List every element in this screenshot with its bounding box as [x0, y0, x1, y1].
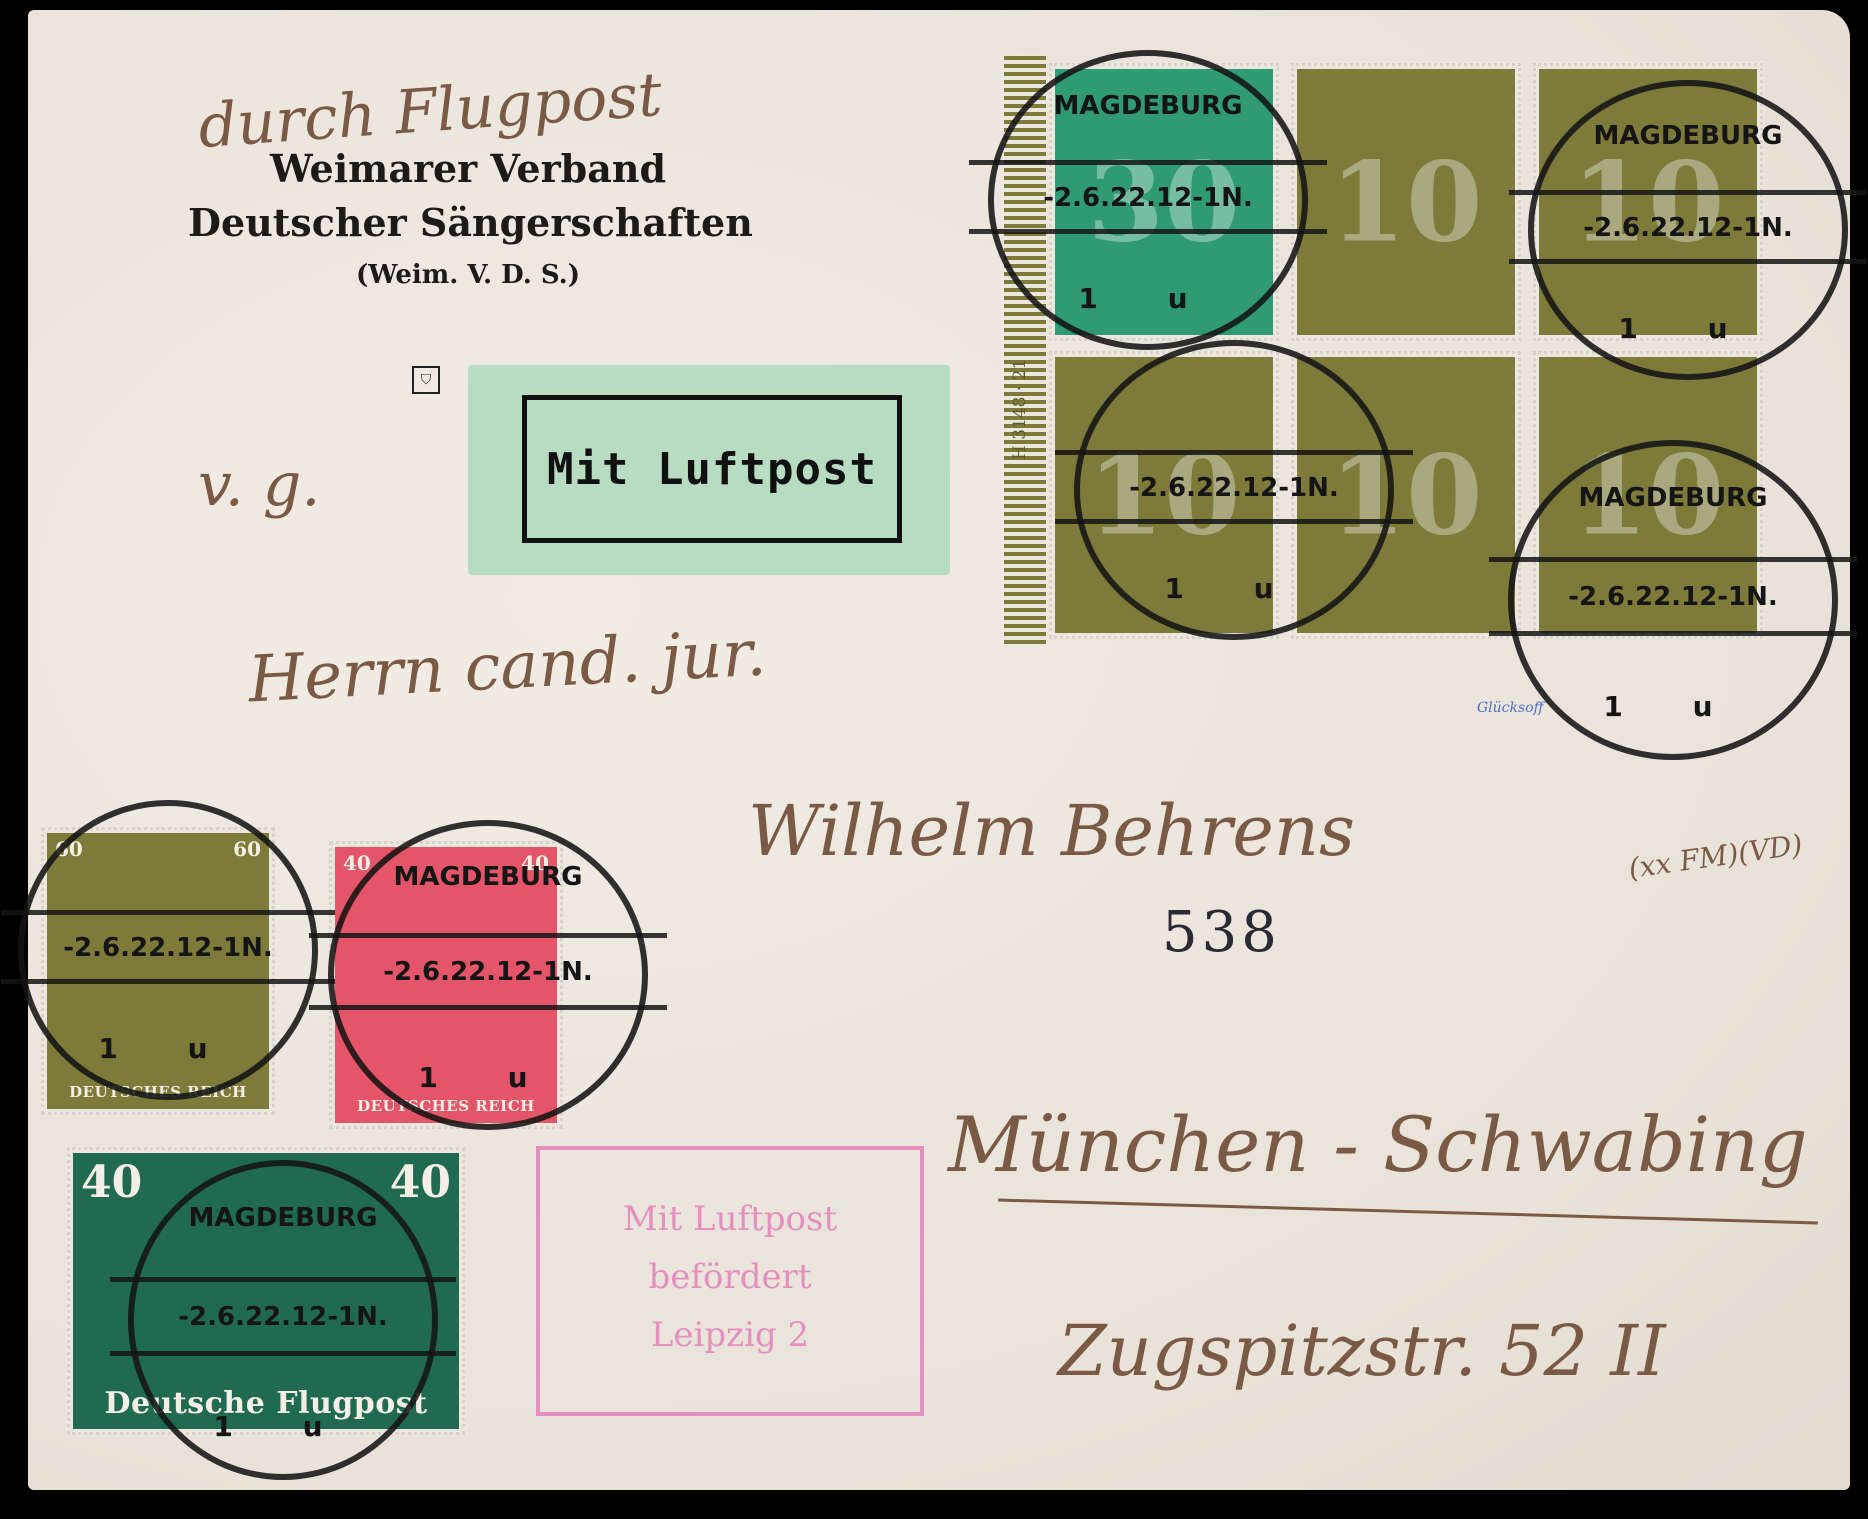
recipient-salutation: Herrn cand. jur. [246, 616, 767, 717]
shield-emblem-icon: ⛉ [412, 366, 440, 394]
cachet-line-2: befördert [540, 1248, 920, 1306]
cachet-line-1: Mit Luftpost [540, 1190, 920, 1248]
postmark-city: MAGDEBURG [994, 91, 1302, 121]
postmark: MAGDEBURG -2.6.22.12-1N. 1 u [1508, 440, 1838, 760]
postmark-city: MAGDEBURG [1534, 121, 1842, 151]
postmark-code: 1 u [24, 1032, 312, 1065]
postmark-date: -2.6.22.12-1N. [334, 957, 642, 987]
postmark-code: 1 u [1080, 572, 1388, 605]
airmail-label-text: Mit Luftpost [522, 395, 902, 543]
postmark-code: 1 u [334, 1061, 642, 1094]
registration-number: 538 [1162, 900, 1281, 965]
recipient-street: Zugspitzstr. 52 II [1058, 1310, 1666, 1392]
recipient-name: Wilhelm Behrens [748, 790, 1355, 872]
postmark-city: MAGDEBURG [1514, 483, 1832, 513]
postmark: MAGDEBURG -2.6.22.12-1N. 1 u [988, 50, 1308, 350]
letterhead-line-3: (Weim. V. D. S.) [188, 260, 748, 290]
letterhead-line-2: Deutscher Sängerschaften [188, 200, 748, 245]
envelope: durch Flugpost Weimarer Verband Deutsche… [28, 10, 1850, 1490]
postmark-city: MAGDEBURG [134, 1203, 432, 1233]
stamp-value: 10 [1297, 138, 1515, 267]
cachet-line-3: Leipzig 2 [540, 1306, 920, 1364]
postmark-code: 1 u [134, 1410, 432, 1443]
postmark: MAGDEBURG -2.6.22.12-1N. 1 u [128, 1160, 438, 1480]
address-underline [998, 1199, 1818, 1225]
postmark-code: 1 u [994, 282, 1302, 315]
postmark-date: -2.6.22.12-1N. [994, 183, 1302, 213]
postmark: MAGDEBURG -2.6.22.12-1N. 1 u [1528, 80, 1848, 380]
postmark: MAGDEBURG -2.6.22.12-1N. 1 u [328, 820, 648, 1130]
letterhead-line-1: Weimarer Verband [188, 146, 748, 191]
airmail-cachet: Mit Luftpost befördert Leipzig 2 [536, 1146, 924, 1416]
stamp-posthorn-10: 10 [1290, 62, 1522, 342]
postmark-date: -2.6.22.12-1N. [134, 1302, 432, 1332]
postmark-code: 1 u [1514, 690, 1832, 723]
postmark: -2.6.22.12-1N. 1 u [1074, 340, 1394, 640]
postmark-city: MAGDEBURG [334, 862, 642, 892]
postmark-date: -2.6.22.12-1N. [1534, 213, 1842, 243]
handwritten-note: v. g. [198, 450, 320, 520]
postmark-code: 1 u [1534, 312, 1842, 345]
sheet-margin-text: H 3148 · 21 [1010, 359, 1030, 460]
postmark-date: -2.6.22.12-1N. [1514, 582, 1832, 612]
postmark-date: -2.6.22.12-1N. [1080, 473, 1388, 503]
airmail-label: Mit Luftpost [468, 365, 950, 575]
recipient-city: München - Schwabing [948, 1100, 1808, 1189]
postmark-date: -2.6.22.12-1N. [24, 933, 312, 963]
postmark: -2.6.22.12-1N. 1 u [18, 800, 318, 1100]
recipient-name-suffix: (xx FM)(VD) [1627, 828, 1805, 885]
